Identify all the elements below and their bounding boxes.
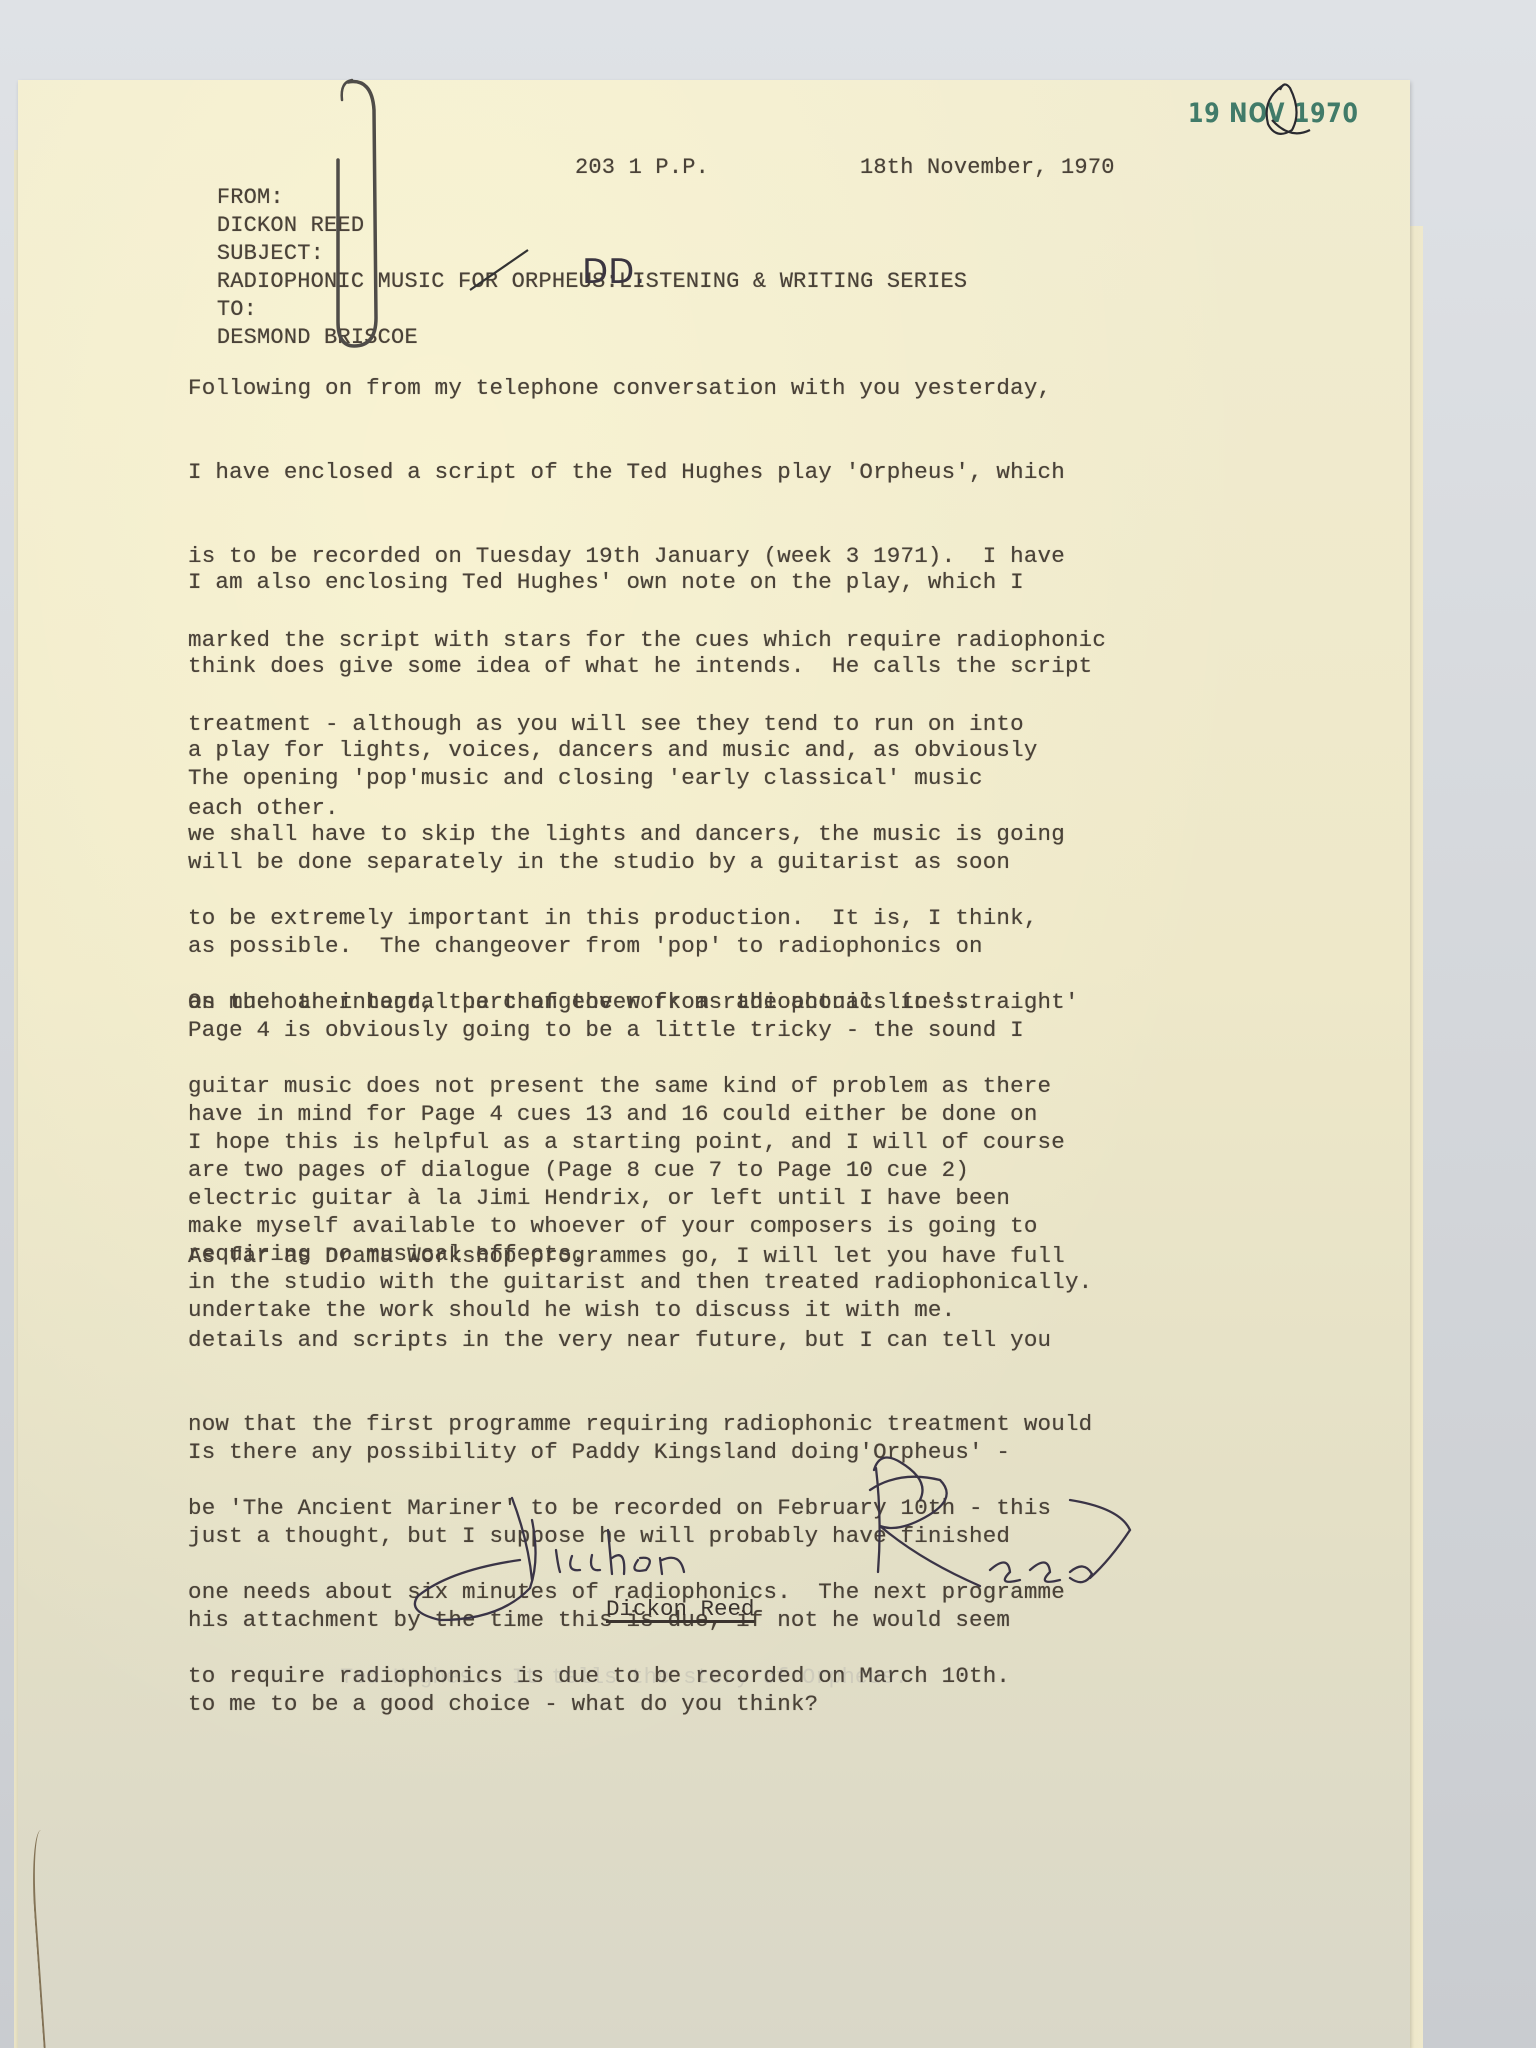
handwriting-overlay	[0, 0, 1536, 2048]
handwritten-signature	[415, 1458, 1130, 1621]
handwritten-strike-mark	[470, 250, 528, 290]
paperclip-icon	[338, 80, 376, 346]
stamp-initial-scribble	[1267, 84, 1310, 133]
